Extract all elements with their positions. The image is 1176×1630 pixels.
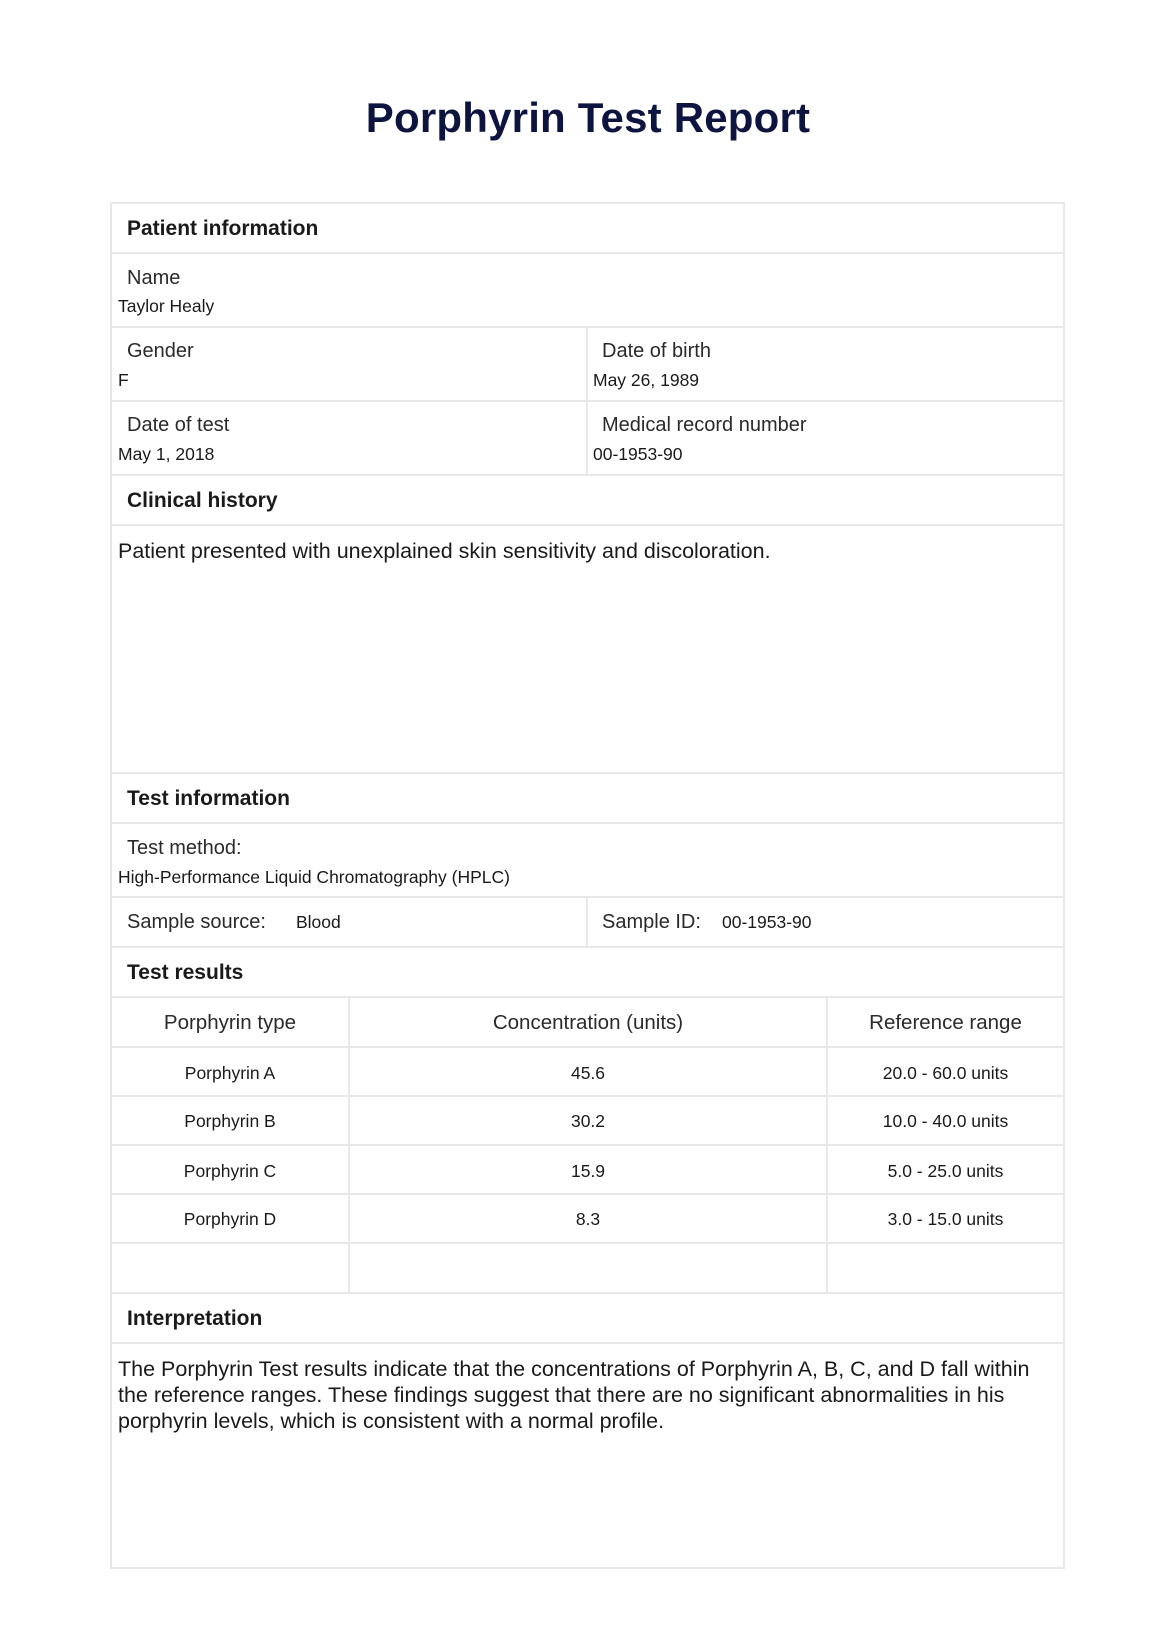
name-label: Name bbox=[127, 267, 180, 290]
results-table-header: Porphyrin type Concentration (units) Ref… bbox=[112, 998, 1063, 1048]
name-value[interactable]: Taylor Healy bbox=[118, 296, 214, 317]
clinical-history-body: Patient presented with unexplained skin … bbox=[112, 526, 1063, 774]
porphyrin-type: Porphyrin A bbox=[112, 1063, 348, 1084]
test-date-mrn-row: Date of test May 1, 2018 Medical record … bbox=[112, 402, 1063, 476]
porphyrin-type: Porphyrin B bbox=[112, 1111, 348, 1132]
column-header: Porphyrin type bbox=[112, 1011, 348, 1035]
reference-range: 20.0 - 60.0 units bbox=[828, 1063, 1063, 1084]
column-header: Reference range bbox=[828, 1011, 1063, 1035]
sample-source-value[interactable]: Blood bbox=[296, 912, 341, 933]
concentration-value[interactable]: 15.9 bbox=[350, 1161, 826, 1182]
reference-range: 10.0 - 40.0 units bbox=[828, 1111, 1063, 1132]
column-divider bbox=[586, 328, 588, 400]
gender-value[interactable]: F bbox=[118, 370, 129, 391]
sample-id-label: Sample ID: bbox=[602, 911, 701, 934]
table-row: Porphyrin D 8.3 3.0 - 15.0 units bbox=[112, 1195, 1063, 1244]
sample-source-label: Sample source: bbox=[127, 911, 266, 934]
test-method-label: Test method: bbox=[127, 837, 242, 860]
test-date-label: Date of test bbox=[127, 414, 229, 437]
section-heading: Test information bbox=[127, 787, 290, 811]
section-heading: Clinical history bbox=[127, 489, 278, 513]
dob-value[interactable]: May 26, 1989 bbox=[593, 370, 699, 391]
test-information-section: Test information bbox=[112, 774, 1063, 824]
table-row-empty bbox=[112, 1244, 1063, 1294]
section-heading: Test results bbox=[127, 961, 243, 985]
clinical-history-section: Clinical history bbox=[112, 476, 1063, 526]
gender-dob-row: Gender F Date of birth May 26, 1989 bbox=[112, 328, 1063, 402]
mrn-label: Medical record number bbox=[602, 414, 807, 437]
mrn-value[interactable]: 00-1953-90 bbox=[593, 444, 683, 465]
sample-id-value[interactable]: 00-1953-90 bbox=[722, 912, 812, 933]
interpretation-text[interactable]: The Porphyrin Test results indicate that… bbox=[118, 1356, 1033, 1434]
table-row: Porphyrin A 45.6 20.0 - 60.0 units bbox=[112, 1048, 1063, 1097]
column-header: Concentration (units) bbox=[350, 1011, 826, 1035]
test-method-row: Test method: High-Performance Liquid Chr… bbox=[112, 824, 1063, 898]
column-divider bbox=[586, 402, 588, 474]
interpretation-section: Interpretation bbox=[112, 1294, 1063, 1344]
table-row: Porphyrin B 30.2 10.0 - 40.0 units bbox=[112, 1097, 1063, 1146]
interpretation-body: The Porphyrin Test results indicate that… bbox=[112, 1344, 1063, 1567]
porphyrin-type: Porphyrin C bbox=[112, 1161, 348, 1182]
porphyrin-type: Porphyrin D bbox=[112, 1209, 348, 1230]
test-method-value[interactable]: High-Performance Liquid Chromatography (… bbox=[118, 867, 510, 888]
section-heading: Patient information bbox=[127, 217, 318, 241]
concentration-value[interactable]: 8.3 bbox=[350, 1209, 826, 1230]
dob-label: Date of birth bbox=[602, 340, 711, 363]
test-date-value[interactable]: May 1, 2018 bbox=[118, 444, 214, 465]
report-form: Patient information Name Taylor Healy Ge… bbox=[110, 202, 1065, 1569]
page-title: Porphyrin Test Report bbox=[0, 94, 1176, 142]
name-row: Name Taylor Healy bbox=[112, 254, 1063, 328]
reference-range: 5.0 - 25.0 units bbox=[828, 1161, 1063, 1182]
test-results-section: Test results bbox=[112, 948, 1063, 998]
sample-row: Sample source: Blood Sample ID: 00-1953-… bbox=[112, 898, 1063, 948]
concentration-value[interactable]: 30.2 bbox=[350, 1111, 826, 1132]
section-heading: Interpretation bbox=[127, 1307, 262, 1331]
patient-information-section: Patient information bbox=[112, 204, 1063, 254]
table-row: Porphyrin C 15.9 5.0 - 25.0 units bbox=[112, 1146, 1063, 1195]
reference-range: 3.0 - 15.0 units bbox=[828, 1209, 1063, 1230]
clinical-history-text[interactable]: Patient presented with unexplained skin … bbox=[118, 538, 1033, 564]
concentration-value[interactable]: 45.6 bbox=[350, 1063, 826, 1084]
column-divider bbox=[586, 898, 588, 946]
gender-label: Gender bbox=[127, 340, 194, 363]
